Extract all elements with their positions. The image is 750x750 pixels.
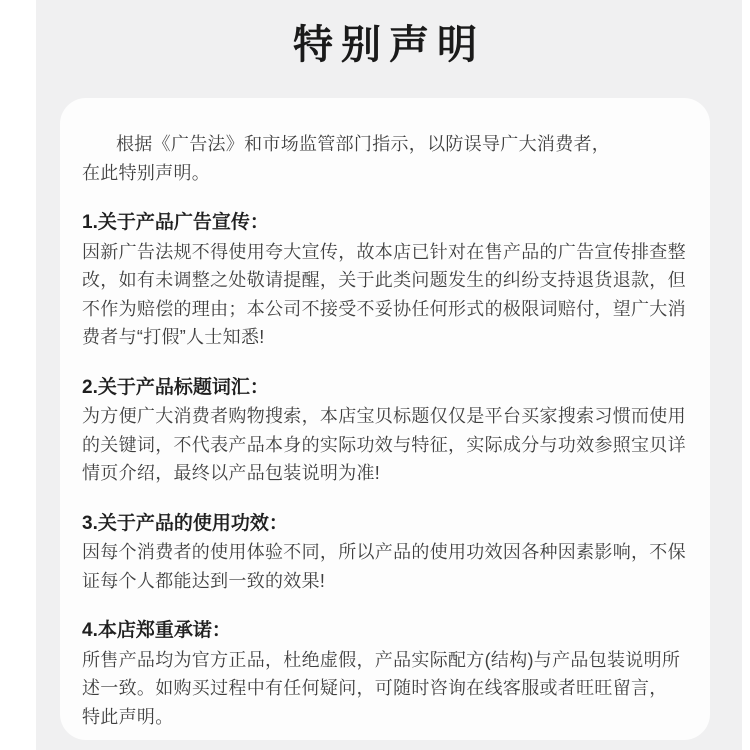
section-body: 为方便广大消费者购物搜索，本店宝贝标题仅仅是平台买家搜索习惯而使用 的关键词，不…: [82, 402, 688, 488]
section-body: 因每个消费者的使用体验不同，所以产品的使用功效因各种因素影响，不保 证每个人都能…: [82, 538, 688, 595]
section-body: 因新广告法规不得使用夸大宣传，故本店已针对在售产品的广告宣传排查整 改，如有未调…: [82, 238, 688, 352]
section-heading: 1.关于产品广告宣传：: [82, 209, 688, 238]
section-heading: 2.关于产品标题词汇：: [82, 374, 688, 403]
statement-section-title-keywords: 2.关于产品标题词汇： 为方便广大消费者购物搜索，本店宝贝标题仅仅是平台买家搜索…: [82, 374, 688, 488]
section-heading: 4.本店郑重承诺：: [82, 617, 688, 646]
page-title: 特别声明: [36, 0, 742, 68]
statement-section-efficacy: 3.关于产品的使用功效： 因每个消费者的使用体验不同，所以产品的使用功效因各种因…: [82, 510, 688, 596]
section-body: 所售产品均为官方正品，杜绝虚假，产品实际配方(结构)与产品包装说明所 述一致。如…: [82, 646, 688, 732]
statement-card: 根据《广告法》和市场监管部门指示，以防误导广大消费者， 在此特别声明。 1.关于…: [60, 98, 710, 740]
statement-intro: 根据《广告法》和市场监管部门指示，以防误导广大消费者， 在此特别声明。: [82, 130, 688, 187]
statement-section-promise: 4.本店郑重承诺： 所售产品均为官方正品，杜绝虚假，产品实际配方(结构)与产品包…: [82, 617, 688, 731]
statement-section-advertising: 1.关于产品广告宣传： 因新广告法规不得使用夸大宣传，故本店已针对在售产品的广告…: [82, 209, 688, 352]
section-heading: 3.关于产品的使用功效：: [82, 510, 688, 539]
statement-panel: 特别声明 根据《广告法》和市场监管部门指示，以防误导广大消费者， 在此特别声明。…: [36, 0, 742, 750]
